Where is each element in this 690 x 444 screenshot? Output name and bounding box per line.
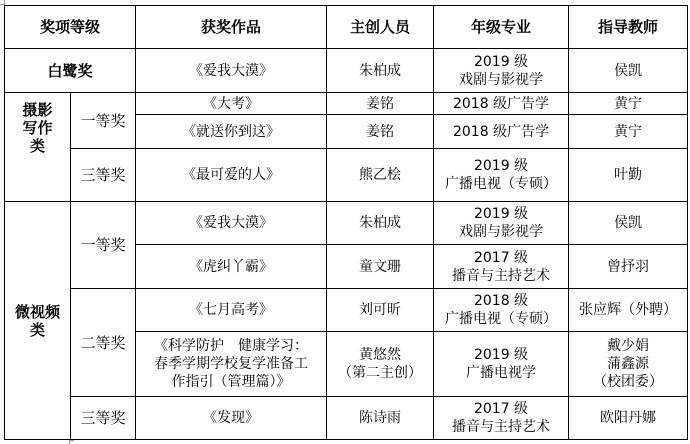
- creator-cell: 姜铭: [327, 115, 434, 149]
- table-row: 微视频 类 一等奖 《爱我大漠》 朱柏成 2019 级 戏剧与影视学 侯凯: [5, 202, 688, 245]
- work-cell: 《最可爱的人》: [136, 149, 327, 202]
- advisor-cell: 侯凯: [569, 49, 688, 93]
- work-cell: 《就送你到这》: [136, 115, 327, 149]
- creator-cell: 朱柏成: [327, 49, 434, 93]
- grade-major-cell: 2018 级广告学: [434, 93, 569, 115]
- grade-major-cell: 2018 级广告学: [434, 115, 569, 149]
- table-row: 摄影 写作 类 一等奖 《大考》 姜铭 2018 级广告学 黄宁: [5, 93, 688, 115]
- advisor-cell: 黄宁: [569, 115, 688, 149]
- work-cell: 《爱我大漠》: [136, 49, 327, 93]
- grade-major-cell: 2019 级 广播电视（专硕）: [434, 149, 569, 202]
- advisor-cell: 戴少娟 蒲鑫源 （校团委）: [569, 332, 688, 397]
- work-cell: 《大考》: [136, 93, 327, 115]
- table-row: 二等奖 《七月高考》 刘可昕 2018 级 广播电视（专硕） 张应辉（外聘）: [5, 289, 688, 332]
- video-third-prize: 三等奖: [71, 397, 136, 440]
- grade-major-cell: 2019 级 广播电视学: [434, 332, 569, 397]
- category-photo-writing: 摄影 写作 类: [5, 93, 71, 202]
- advisor-cell: 叶勤: [569, 149, 688, 202]
- advisor-cell: 黄宁: [569, 93, 688, 115]
- category-micro-video: 微视频 类: [5, 202, 71, 440]
- creator-cell: 朱柏成: [327, 202, 434, 245]
- advisor-cell: 曾抒羽: [569, 245, 688, 289]
- grade-major-cell: 2019 级 戏剧与影视学: [434, 202, 569, 245]
- table-row: 三等奖 《最可爱的人》 熊乙桧 2019 级 广播电视（专硕） 叶勤: [5, 149, 688, 202]
- header-grade-major: 年级专业: [434, 6, 569, 49]
- creator-cell: 陈诗雨: [327, 397, 434, 440]
- creator-cell: 姜铭: [327, 93, 434, 115]
- work-cell: 《七月高考》: [136, 289, 327, 332]
- grade-major-cell: 2017 级 播音与主持艺术: [434, 245, 569, 289]
- creator-cell: 黄悠然 （第二主创）: [327, 332, 434, 397]
- document-end-mark: [69, 440, 74, 444]
- video-first-prize: 一等奖: [71, 202, 136, 289]
- header-advisor: 指导教师: [569, 6, 688, 49]
- work-cell: 《科学防护 健康学习： 春季学期学校复学准备工 作指引（管理篇）》: [136, 332, 327, 397]
- video-second-prize: 二等奖: [71, 289, 136, 397]
- award-bailu: 白鹭奖: [5, 49, 136, 93]
- photo-third-prize: 三等奖: [71, 149, 136, 202]
- advisor-cell: 侯凯: [569, 202, 688, 245]
- creator-cell: 刘可昕: [327, 289, 434, 332]
- grade-major-cell: 2017 级 播音与主持艺术: [434, 397, 569, 440]
- work-cell: 《虎纠丫霸》: [136, 245, 327, 289]
- grade-major-cell: 2019 级 戏剧与影视学: [434, 49, 569, 93]
- advisor-cell: 张应辉（外聘）: [569, 289, 688, 332]
- table-row: 白鹭奖 《爱我大漠》 朱柏成 2019 级 戏剧与影视学 侯凯: [5, 49, 688, 93]
- header-row: 奖项等级 获奖作品 主创人员 年级专业 指导教师: [5, 6, 688, 49]
- table-row: 三等奖 《发现》 陈诗雨 2017 级 播音与主持艺术 欧阳丹娜: [5, 397, 688, 440]
- header-creator: 主创人员: [327, 6, 434, 49]
- header-work: 获奖作品: [136, 6, 327, 49]
- work-cell: 《爱我大漠》: [136, 202, 327, 245]
- photo-first-prize: 一等奖: [71, 93, 136, 149]
- advisor-cell: 欧阳丹娜: [569, 397, 688, 440]
- creator-cell: 熊乙桧: [327, 149, 434, 202]
- creator-cell: 童文珊: [327, 245, 434, 289]
- grade-major-cell: 2018 级 广播电视（专硕）: [434, 289, 569, 332]
- header-award-level: 奖项等级: [5, 6, 136, 49]
- work-cell: 《发现》: [136, 397, 327, 440]
- awards-table: 奖项等级 获奖作品 主创人员 年级专业 指导教师 白鹭奖 《爱我大漠》 朱柏成 …: [4, 5, 688, 440]
